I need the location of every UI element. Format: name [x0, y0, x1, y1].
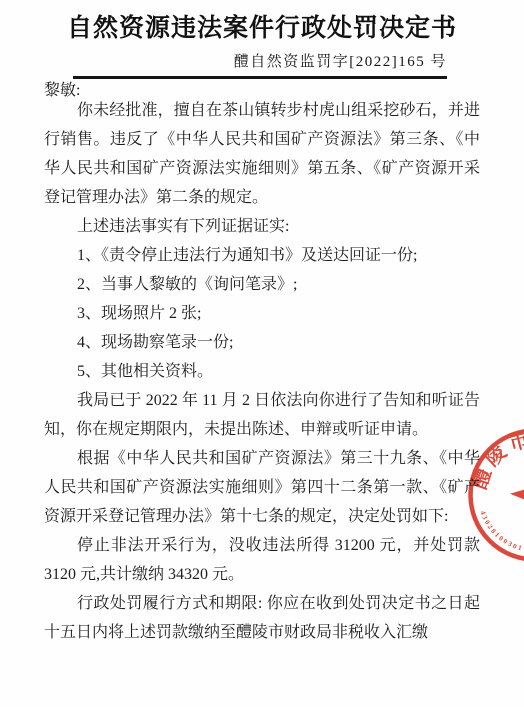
seal-code-digits: 43028100301: [478, 510, 524, 553]
paragraph: 上述违法事实有下列证据证实:: [44, 212, 480, 241]
paragraph: 停止非法开采行为，没收违法所得 31200 元，并处罚款 3120 元,共计缴纳…: [44, 531, 480, 589]
paragraph: 行政处罚履行方式和期限: 你应在收到处罚决定书之日起十五日内将上述罚款缴纳至醴陵…: [44, 589, 480, 647]
seal-star-icon: [506, 465, 524, 521]
paragraph: 3、现场照片 2 张;: [44, 299, 480, 328]
paragraph: 根据《中华人民共和国矿产资源法》第三十九条、《中华人民共和国矿产资源法实施细则》…: [44, 444, 480, 531]
document-number: 醴自然资监罚字[2022]165 号: [234, 52, 447, 72]
paragraph: 5、其他相关资料。: [44, 357, 480, 386]
paragraph: 2、当事人黎敏的《询问笔录》;: [44, 270, 480, 299]
paragraph: 你未经批准，擅自在茶山镇转步村虎山组采挖砂石，并进行销售。违反了《中华人民共和国…: [44, 96, 480, 212]
official-seal-stamp: 醴陵市 43028100301: [465, 425, 524, 565]
seal-arc-text: 醴陵市: [467, 426, 524, 492]
paragraph: 1、《责令停止违法行为通知书》及送达回证一份;: [44, 241, 480, 270]
paragraph: 4、现场勘察笔录一份;: [44, 328, 480, 357]
document-title: 自然资源违法案件行政处罚决定书: [0, 13, 524, 43]
paragraph: 我局已于 2022 年 11 月 2 日依法向你进行了告知和听证告知，你在规定期…: [44, 386, 480, 444]
document-body: 你未经批准，擅自在茶山镇转步村虎山组采挖砂石，并进行销售。违反了《中华人民共和国…: [44, 96, 480, 647]
document-page: 自然资源违法案件行政处罚决定书 醴自然资监罚字[2022]165 号 黎敏: 你…: [0, 0, 524, 707]
seal-code-text: 43028100301: [478, 510, 524, 553]
header-divider: [73, 76, 447, 79]
seal-city-text: 醴陵市: [467, 426, 524, 492]
